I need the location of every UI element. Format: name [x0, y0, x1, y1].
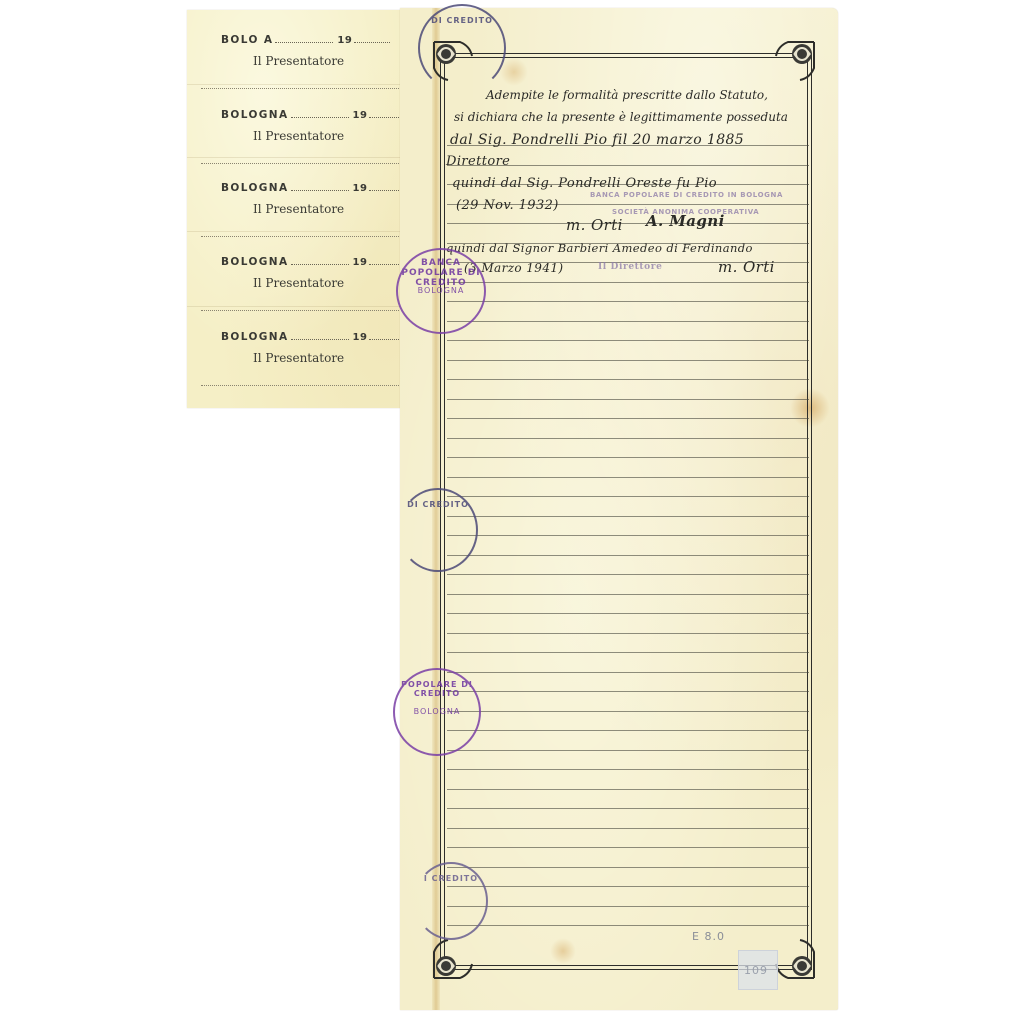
- bank-stamp-line-3: Il Direttore: [598, 262, 662, 272]
- ruled-line: [447, 847, 809, 848]
- ruled-line: [447, 711, 809, 712]
- ruled-line: [447, 379, 809, 380]
- ruled-line: [447, 906, 809, 907]
- ruled-line: [447, 730, 809, 731]
- ruled-line: [447, 613, 809, 614]
- year-blank: [354, 42, 390, 43]
- handwritten-role: Direttore: [446, 154, 510, 169]
- stub-city: BOLOGNA: [221, 182, 289, 194]
- ruled-line: [447, 457, 809, 458]
- stub-presenter-label: Il Presentatore: [253, 129, 344, 143]
- ruled-line: [447, 574, 809, 575]
- handwritten-owner-1: dal Sig. Pondrelli Pio fil 20 marzo 1885: [450, 132, 744, 148]
- round-bank-stamp: DI CREDITO: [418, 4, 506, 92]
- ruled-line: [447, 867, 809, 868]
- printed-statement-line-2: si dichiara che la presente è legittimam…: [454, 110, 788, 124]
- ruled-line: [447, 477, 809, 478]
- ruled-line: [447, 399, 809, 400]
- handwritten-owner-2: quindi dal Sig. Pondrelli Oreste fu Pio: [452, 176, 717, 191]
- round-bank-stamp: DI CREDITO: [398, 488, 478, 572]
- date-blank: [291, 339, 349, 340]
- round-bank-stamp: POPOLARE DI CREDITO BOLOGNA: [393, 668, 481, 756]
- ruled-line: [447, 555, 809, 556]
- round-bank-stamp: I CREDITO: [414, 862, 488, 940]
- ruled-line: [447, 769, 809, 770]
- ruled-line: [447, 340, 809, 341]
- date-blank: [291, 190, 349, 191]
- ruled-line: [447, 789, 809, 790]
- tape-annotation: 109: [744, 964, 768, 977]
- ruled-line: [447, 633, 809, 634]
- ruled-line: [447, 301, 809, 302]
- ruled-line: [447, 652, 809, 653]
- round-bank-stamp: BANCA POPOLARE DI CREDITO BOLOGNA: [396, 248, 486, 334]
- stub-city: BOLOGNA: [221, 256, 289, 268]
- signature: m. Orti: [566, 216, 623, 234]
- stub-presenter-label: Il Presentatore: [253, 54, 344, 68]
- bank-stamp-line-2: SOCIETÀ ANONIMA COOPERATIVA: [612, 208, 759, 216]
- stub-presenter-label: Il Presentatore: [253, 276, 344, 290]
- ruled-line: [447, 886, 809, 887]
- ruled-line: [447, 925, 809, 926]
- ruled-line: [447, 594, 809, 595]
- corner-ornament-icon: [430, 936, 476, 982]
- date-blank: [291, 117, 349, 118]
- year-prefix: 19: [353, 183, 368, 194]
- ruled-line: [447, 535, 809, 536]
- date-blank: [291, 264, 349, 265]
- handwritten-owner-3: quindi dal Signor Barbieri Amedeo di Fer…: [446, 241, 753, 255]
- ruled-line: [447, 828, 809, 829]
- ruled-line: [447, 672, 809, 673]
- ruled-line: [447, 360, 809, 361]
- date-blank: [275, 42, 333, 43]
- corner-ornament-icon: [772, 936, 818, 982]
- stub-city: BOLOGNA: [221, 331, 289, 343]
- stub-presenter-label: Il Presentatore: [253, 202, 344, 216]
- ruled-line: [447, 418, 809, 419]
- ruled-line: [447, 516, 809, 517]
- stub-city: BOLOGNA: [221, 109, 289, 121]
- printed-statement-line-1: Adempite le formalità prescritte dallo S…: [486, 88, 768, 102]
- handwritten-date-1: (29 Nov. 1932): [456, 198, 559, 213]
- corner-ornament-icon: [772, 38, 818, 84]
- ruled-line: [447, 223, 809, 224]
- pencil-annotation: E 8.0: [692, 930, 725, 943]
- ruled-line: [447, 496, 809, 497]
- stub-presenter-label: Il Presentatore: [253, 351, 344, 365]
- year-prefix: 19: [353, 110, 368, 121]
- year-prefix: 19: [337, 35, 352, 46]
- stub-city: BOLO A: [221, 34, 273, 46]
- ruled-line: [447, 438, 809, 439]
- year-prefix: 19: [353, 332, 368, 343]
- ruled-line: [447, 282, 809, 283]
- signature: m. Orti: [718, 258, 775, 276]
- year-prefix: 19: [353, 257, 368, 268]
- signature-blank: [201, 385, 401, 386]
- ruled-line: [447, 691, 809, 692]
- ruled-line: [447, 321, 809, 322]
- bank-stamp-line-1: BANCA POPOLARE DI CREDITO IN BOLOGNA: [590, 191, 783, 199]
- ruled-line: [447, 808, 809, 809]
- ruled-line: [447, 750, 809, 751]
